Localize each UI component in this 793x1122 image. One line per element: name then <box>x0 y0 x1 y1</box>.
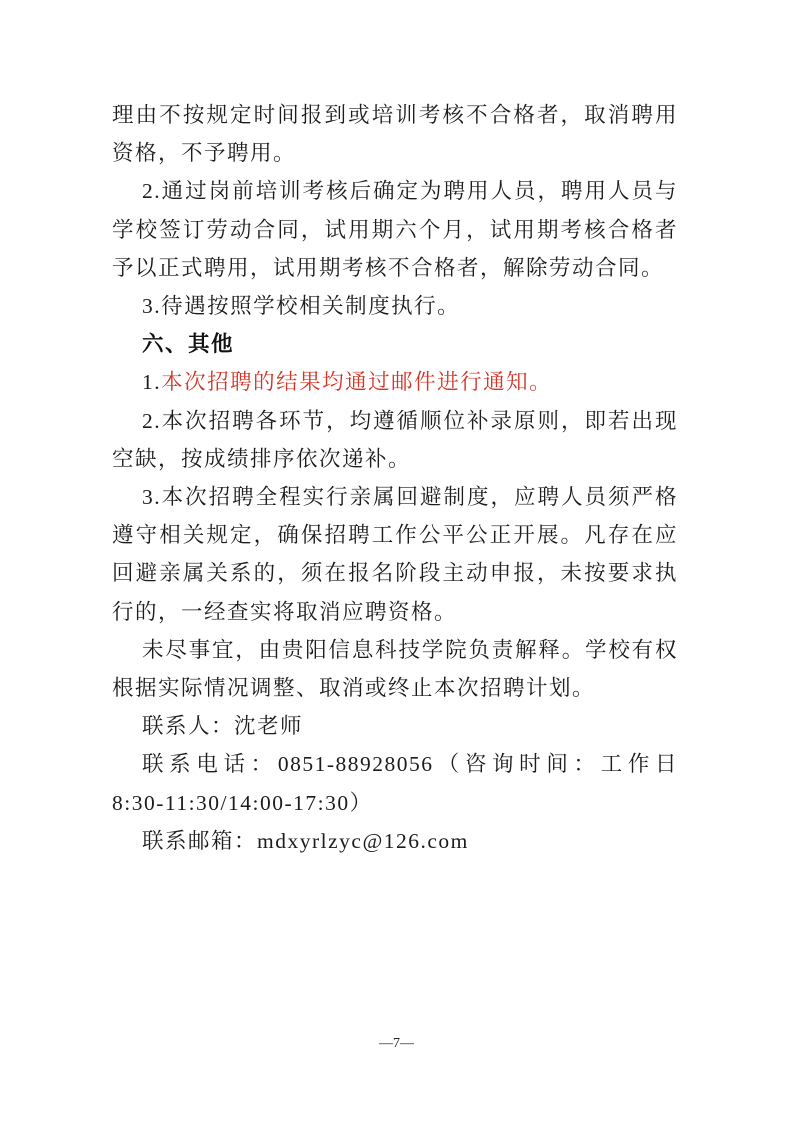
paragraph-item-1-notice: 1.本次招聘的结果均通过邮件进行通知。 <box>112 363 678 401</box>
paragraph-interpretation-rights: 未尽事宜，由贵阳信息科技学院负责解释。学校有权根据实际情况调整、取消或终止本次招… <box>112 631 678 707</box>
paragraph-continuation: 理由不按规定时间报到或培训考核不合格者，取消聘用资格，不予聘用。 <box>112 96 678 172</box>
paragraph-item-3-benefits: 3.待遇按照学校相关制度执行。 <box>112 287 678 325</box>
paragraph-item-2-employment: 2.通过岗前培训考核后确定为聘用人员，聘用人员与学校签订劳动合同，试用期六个月，… <box>112 172 678 287</box>
contact-email-line: 联系邮箱：mdxyrlzyc@126.com <box>112 822 678 860</box>
document-page: 理由不按规定时间报到或培训考核不合格者，取消聘用资格，不予聘用。 2.通过岗前培… <box>0 0 793 1122</box>
paragraph-item-3-avoidance-rule: 3.本次招聘全程实行亲属回避制度，应聘人员须严格遵守相关规定，确保招聘工作公平公… <box>112 478 678 631</box>
red-notice-text: 本次招聘的结果均通过邮件进行通知。 <box>161 370 552 394</box>
document-body: 理由不按规定时间报到或培训考核不合格者，取消聘用资格，不予聘用。 2.通过岗前培… <box>112 96 678 860</box>
page-number: —7— <box>0 1036 793 1052</box>
section-heading-others: 六、其他 <box>112 325 678 363</box>
contact-person-line: 联系人：沈老师 <box>112 707 678 745</box>
contact-phone-line: 联系电话：0851-88928056（咨询时间：工作日 8:30-11:30/1… <box>112 745 678 821</box>
item-number-prefix: 1. <box>142 370 161 394</box>
paragraph-item-2-replacement-rule: 2.本次招聘各环节，均遵循顺位补录原则，即若出现空缺，按成绩排序依次递补。 <box>112 402 678 478</box>
